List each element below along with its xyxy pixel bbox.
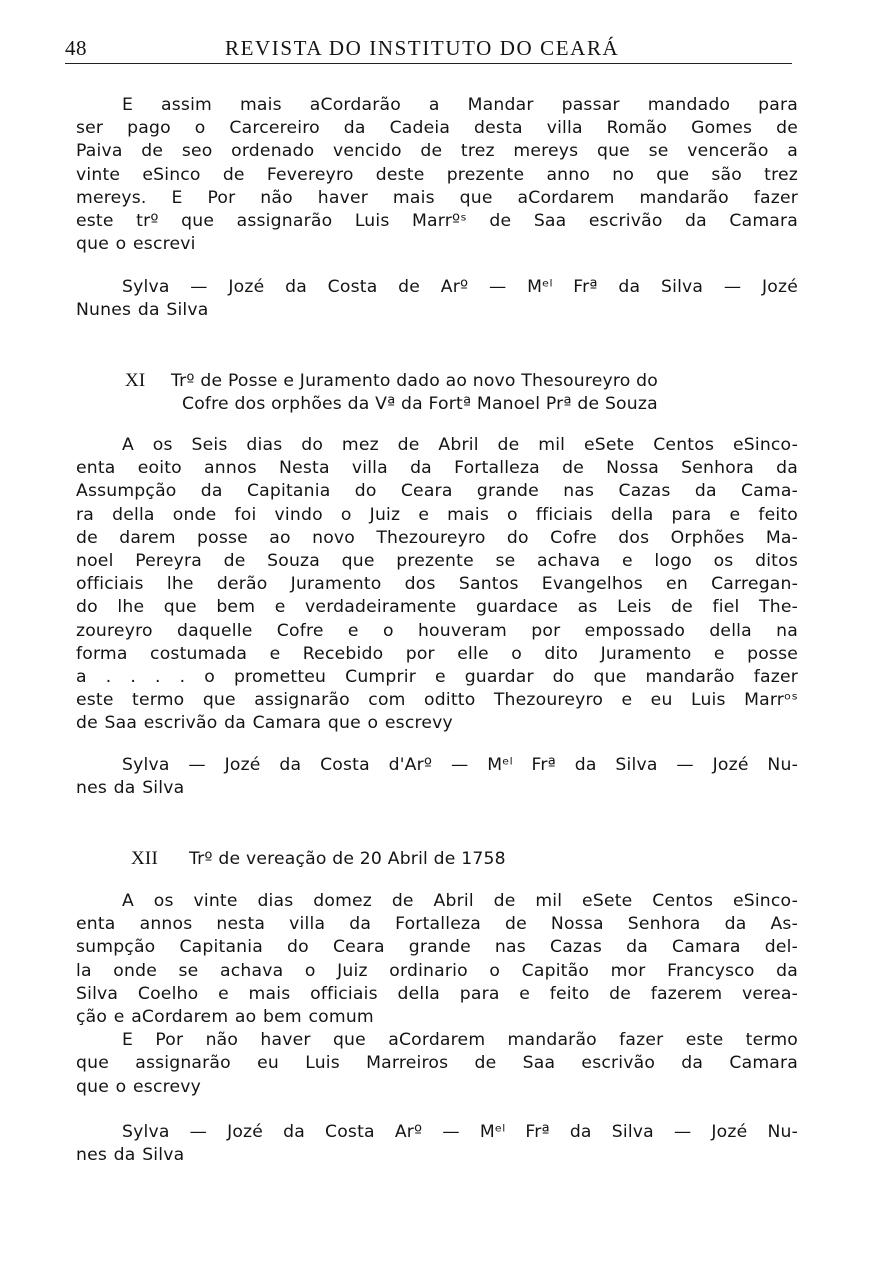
text-line: de Saa escrivão da Camara que o escrevy (76, 712, 798, 735)
section-number: XII (131, 847, 189, 870)
signatures-2: Sylva — Jozé da Costa d'Arº — Mᵉˡ Frª da… (76, 754, 798, 800)
text-line: la onde se achava o Juiz ordinario o Cap… (76, 960, 798, 983)
signature-line: Sylva — Jozé da Costa Arº — Mᵉˡ Frª da S… (76, 1121, 798, 1144)
text-line: que o escrevi (76, 233, 798, 256)
section-xii-heading: XIITrº de vereação de 20 Abril de 1758 (131, 847, 506, 871)
page-header: 48 REVISTA DO INSTITUTO DO CEARÁ (65, 36, 792, 66)
section-title: Cofre dos orphões da Vª da Fortª Manoel … (182, 394, 658, 414)
signature-line: Sylva — Jozé da Costa d'Arº — Mᵉˡ Frª da… (76, 754, 798, 777)
text-line: sumpção Capitania do Ceara grande nas Ca… (76, 936, 798, 959)
signatures-3: Sylva — Jozé da Costa Arº — Mᵉˡ Frª da S… (76, 1121, 798, 1167)
section-xi-heading: XITrº de Posse e Juramento dado ao novo … (125, 369, 658, 393)
text-line: forma costumada e Recebido por elle o di… (76, 643, 798, 666)
paragraph-posse: A os Seis dias do mez de Abril de mil eS… (76, 434, 798, 735)
header-rule (65, 63, 792, 64)
paragraph-vereacao: A os vinte dias domez de Abril de mil eS… (76, 890, 798, 1099)
document-page: 48 REVISTA DO INSTITUTO DO CEARÁ E assim… (0, 0, 893, 1263)
text-line: que assignarão eu Luis Marreiros de Saa … (76, 1052, 798, 1075)
text-line: mereys. E Por não haver mais que aCordar… (76, 187, 798, 210)
text-line: enta annos nesta villa da Fortalleza de … (76, 913, 798, 936)
text-line: ser pago o Carcereiro da Cadeia desta vi… (76, 117, 798, 140)
text-line: A os Seis dias do mez de Abril de mil eS… (76, 434, 798, 457)
text-line: vinte eSinco de Fevereyro deste prezente… (76, 164, 798, 187)
paragraph-acordao: E assim mais aCordarão a Mandar passar m… (76, 94, 798, 256)
text-line: a . . . . o prometteu Cumprir e guardar … (76, 666, 798, 689)
text-line: officiais lhe derão Juramento dos Santos… (76, 573, 798, 596)
text-line: E assim mais aCordarão a Mandar passar m… (76, 94, 798, 117)
text-line: Silva Coelho e mais officiais della para… (76, 983, 798, 1006)
text-line: Paiva de seo ordenado vencido de trez me… (76, 140, 798, 163)
text-line: zoureyro daquelle Cofre e o houveram por… (76, 620, 798, 643)
section-number: XI (125, 369, 171, 392)
section-title: Trº de vereação de 20 Abril de 1758 (189, 849, 506, 869)
signatures-1: Sylva — Jozé da Costa de Arº — Mᵉˡ Frª d… (76, 276, 798, 322)
text-line: este trº que assignarão Luis Marrºˢ de S… (76, 210, 798, 233)
text-line: ção e aCordarem ao bem comum (76, 1006, 798, 1029)
text-line: ra della onde foi vindo o Juiz e mais o … (76, 504, 798, 527)
section-title: Trº de Posse e Juramento dado ao novo Th… (171, 371, 658, 391)
text-line: do lhe que bem e verdadeiramente guardac… (76, 596, 798, 619)
page-number: 48 (65, 36, 87, 61)
signature-line: nes da Silva (76, 777, 798, 800)
text-line: E Por não haver que aCordarem mandarão f… (76, 1029, 798, 1052)
text-line: este termo que assignarão com oditto The… (76, 689, 798, 712)
text-line: de darem posse ao novo Thezoureyro do Co… (76, 527, 798, 550)
text-line: enta eoito annos Nesta villa da Fortalle… (76, 457, 798, 480)
text-line: A os vinte dias domez de Abril de mil eS… (76, 890, 798, 913)
text-line: que o escrevy (76, 1076, 798, 1099)
signature-line: Sylva — Jozé da Costa de Arº — Mᵉˡ Frª d… (76, 276, 798, 299)
text-line: Assumpção da Capitania do Ceara grande n… (76, 480, 798, 503)
running-title: REVISTA DO INSTITUTO DO CEARÁ (225, 36, 619, 61)
section-xi-heading-cont: Cofre dos orphões da Vª da Fortª Manoel … (182, 393, 658, 416)
signature-line: nes da Silva (76, 1144, 798, 1167)
signature-line: Nunes da Silva (76, 299, 798, 322)
text-line: noel Pereyra de Souza que prezente se ac… (76, 550, 798, 573)
